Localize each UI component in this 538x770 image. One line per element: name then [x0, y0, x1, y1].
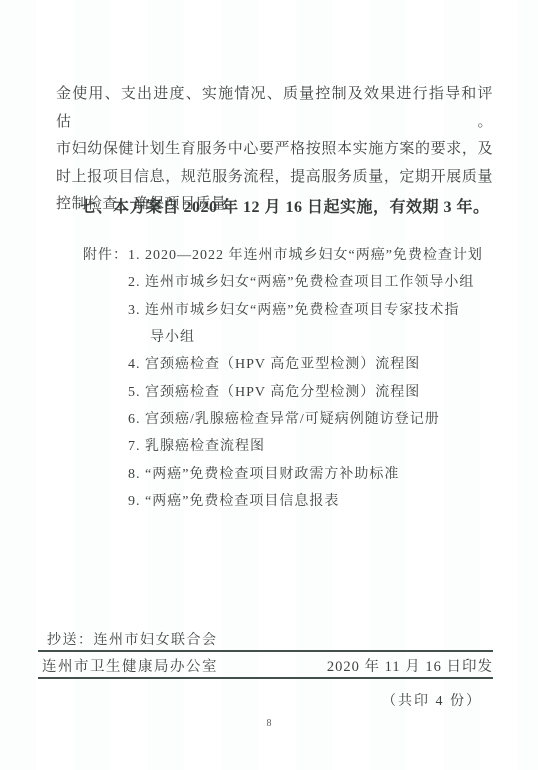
- attachment-row-1: 附件：1. 2020—2022 年连州市城乡妇女“两癌”免费检查计划: [83, 242, 503, 269]
- print-date: 2020 年 11 月 16 日印发: [327, 655, 493, 676]
- attachment-item-8: 8. “两癌”免费检查项目财政需方补助标准: [128, 461, 503, 488]
- attachment-item-2: 2. 连州市城乡妇女“两癌”免费检查项目工作领导小组: [128, 269, 503, 296]
- footer-rule-top: [38, 650, 493, 652]
- effective-date-line: 七、本方案自 2020 年 12 月 16 日起实施，有效期 3 年。: [80, 194, 490, 217]
- attachment-item-3: 3. 连州市城乡妇女“两癌”免费检查项目专家技术指: [128, 297, 503, 324]
- attachment-item-3-continuation: 导小组: [150, 324, 503, 351]
- paragraph-line-2: 市妇幼保健计划生育服务中心要严格按照本实施方案的要求，及: [56, 136, 493, 164]
- attachment-item-7: 7. 乳腺癌检查流程图: [128, 433, 503, 460]
- document-page: 金使用、支出进度、实施情况、质量控制及效果进行指导和评估。 市妇幼保健计划生育服…: [0, 0, 538, 770]
- attachments-block: 附件：1. 2020—2022 年连州市城乡妇女“两癌”免费检查计划 2. 连州…: [83, 242, 503, 515]
- issuing-office: 连州市卫生健康局办公室: [42, 655, 218, 676]
- attachment-item-5: 5. 宫颈癌检查（HPV 高危分型检测）流程图: [128, 379, 503, 406]
- cc-line: 抄送：连州市妇女联合会: [47, 629, 218, 649]
- footer-rule-bottom: [38, 677, 493, 679]
- copies-note: （共印 4 份）: [382, 690, 482, 710]
- page-number: 8: [0, 718, 538, 729]
- paragraph-line-3: 时上报项目信息，规范服务流程，提高服务质量，定期开展质量: [56, 164, 493, 192]
- attachment-item-6: 6. 宫颈癌/乳腺癌检查异常/可疑病例随访登记册: [128, 406, 503, 433]
- attachments-label: 附件：: [83, 248, 128, 263]
- attachment-item-9: 9. “两癌”免费检查项目信息报表: [128, 488, 503, 515]
- attachment-item-1: 1. 2020—2022 年连州市城乡妇女“两癌”免费检查计划: [128, 248, 483, 263]
- footer-office-row: 连州市卫生健康局办公室 2020 年 11 月 16 日印发: [42, 655, 493, 676]
- attachment-item-4: 4. 宫颈癌检查（HPV 高危亚型检测）流程图: [128, 351, 503, 378]
- paragraph-line-1: 金使用、支出进度、实施情况、质量控制及效果进行指导和评估。: [56, 81, 493, 136]
